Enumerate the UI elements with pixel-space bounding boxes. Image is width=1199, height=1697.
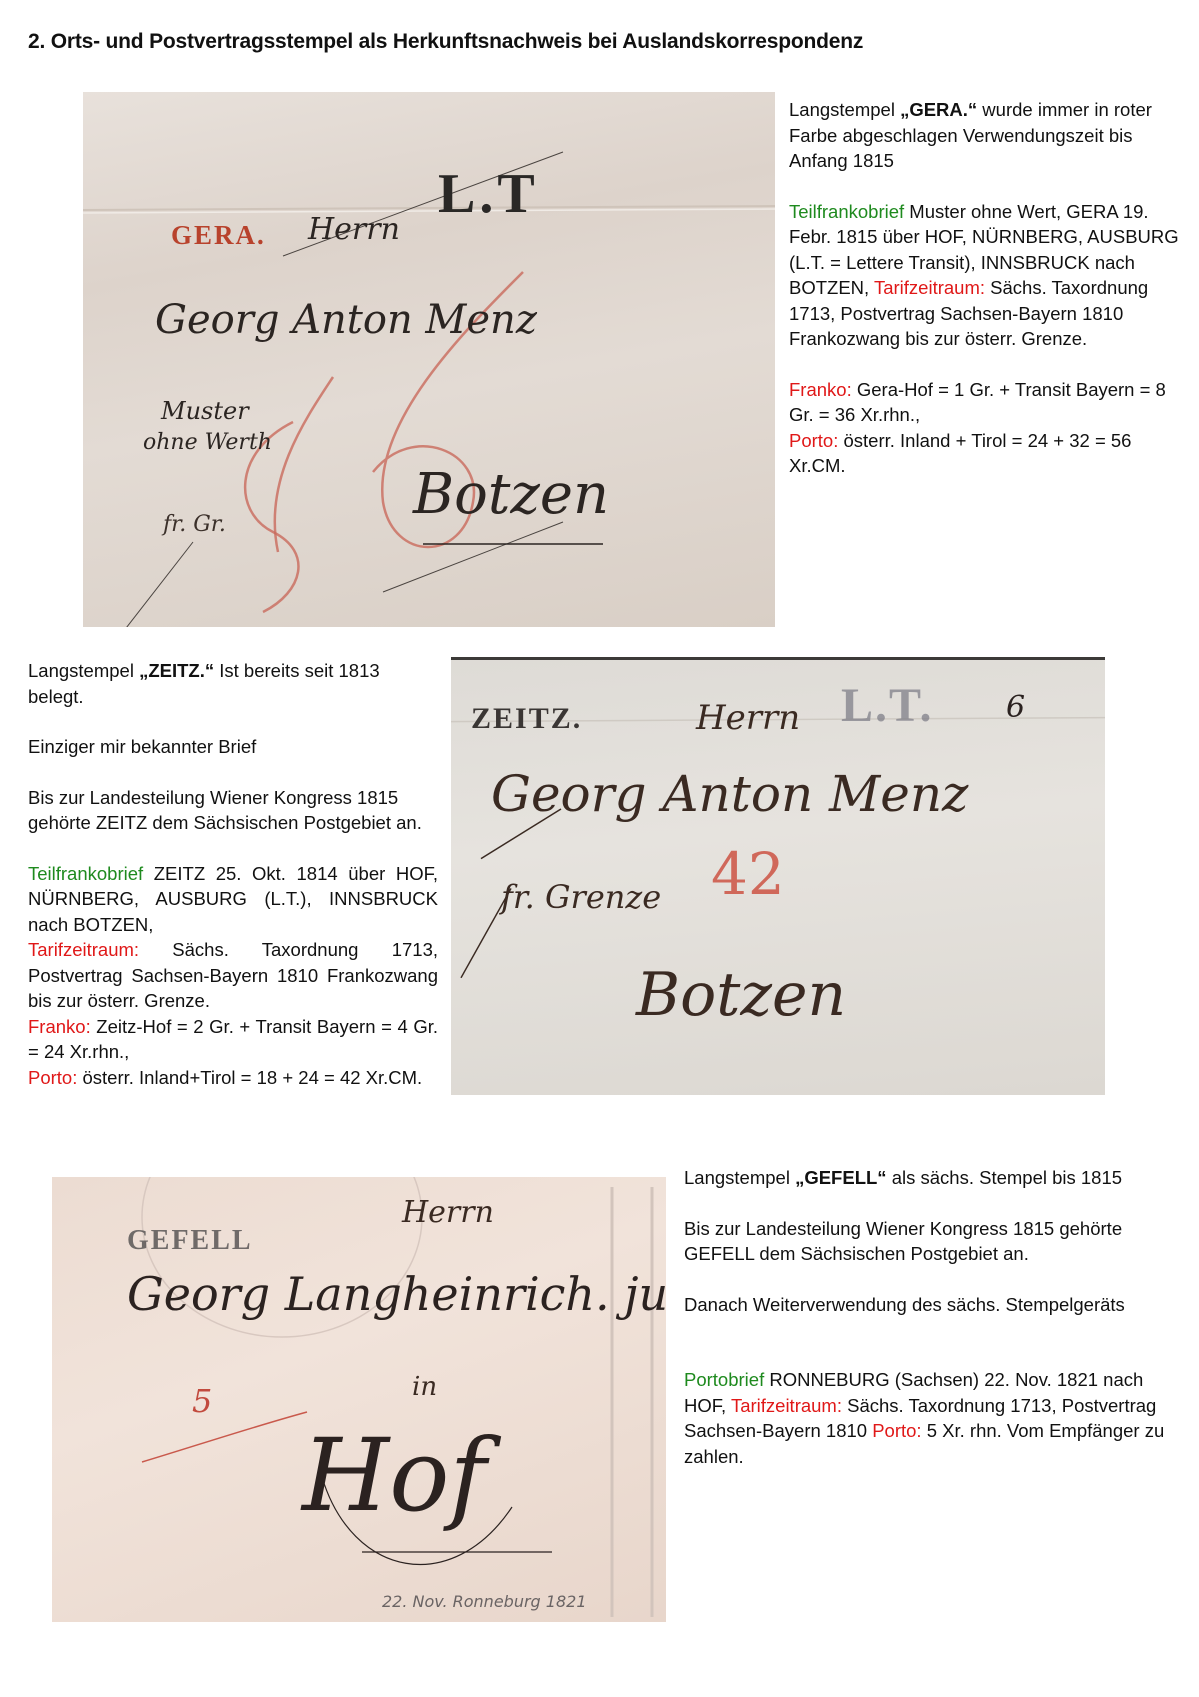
page-title: 2. Orts- und Postvertragsstempel als Her… [28, 30, 863, 54]
gefell-history: Bis zur Landesteilung Wiener Kongress 18… [684, 1216, 1189, 1267]
paper-folds-decoration [83, 92, 775, 627]
letter-type-label: Teilfrankobrief [28, 863, 143, 884]
destination-text: Hof [302, 1417, 486, 1534]
letter-type-label: Portobrief [684, 1369, 764, 1390]
intro-text: Langstempel [684, 1167, 795, 1188]
tarif-label: Tarifzeitraum: [874, 277, 985, 298]
zeitz-history: Bis zur Landesteilung Wiener Kongress 18… [28, 785, 438, 836]
porto-label: Porto: [789, 430, 838, 451]
zeitz-description: Langstempel „ZEITZ.“ Ist bereits seit 18… [28, 658, 438, 1090]
zeitz-intro: Langstempel „ZEITZ.“ Ist bereits seit 18… [28, 658, 438, 709]
lt-transit-mark: L.T. [841, 678, 933, 733]
porto-text: österr. Inland+Tirol = 18 + 24 = 42 Xr.C… [77, 1067, 422, 1088]
addressee-text: Georg Anton Menz [491, 765, 968, 823]
addressee-text: Georg Langheinrich. jun. [127, 1267, 666, 1321]
stamp-name: „GEFELL“ [795, 1167, 886, 1188]
note-line-3: fr. Gr. [163, 512, 226, 537]
zeitz-details: Teilfrankobrief ZEITZ 25. Okt. 1814 über… [28, 861, 438, 1091]
gera-details: Teilfrankobrief Muster ohne Wert, GERA 1… [789, 199, 1184, 352]
stamp-name: „ZEITZ.“ [139, 660, 214, 681]
zeitz-stamp: ZEITZ. [471, 702, 582, 736]
tax-mark: 5 [192, 1382, 212, 1420]
intro-text: Langstempel [789, 99, 900, 120]
gefell-details: Portobrief RONNEBURG (Sachsen) 22. Nov. … [684, 1367, 1189, 1469]
gera-intro: Langstempel „GERA.“ wurde immer in roter… [789, 97, 1184, 174]
gera-stamp: GERA. [171, 220, 266, 251]
salutation-text: Herrn [696, 698, 800, 738]
zeitz-unique-note: Einziger mir bekannter Brief [28, 734, 438, 760]
gefell-reuse: Danach Weiterverwendung des sächs. Stemp… [684, 1292, 1189, 1318]
porto-label: Porto: [872, 1420, 921, 1441]
pencil-note: 22. Nov. Ronneburg 1821 [382, 1592, 587, 1611]
tarif-label: Tarifzeitraum: [731, 1395, 842, 1416]
destination-text: Botzen [413, 462, 609, 527]
note-line-2: ohne Werth [143, 430, 272, 455]
destination-text: Botzen [636, 960, 846, 1030]
weight-mark: 6 [1006, 690, 1025, 725]
note-line-1: Muster [161, 397, 249, 425]
note-text: fr. Grenze [501, 878, 661, 916]
porto-text: österr. Inland + Tirol = 24 + 32 = 56 Xr… [789, 430, 1131, 477]
gefell-description: Langstempel „GEFELL“ als sächs. Stempel … [684, 1165, 1189, 1469]
lt-transit-mark: L.T [438, 162, 539, 226]
gera-description: Langstempel „GERA.“ wurde immer in roter… [789, 97, 1184, 479]
intro-text: Langstempel [28, 660, 139, 681]
salutation-text: Herrn [402, 1195, 494, 1230]
letter-type-label: Teilfrankobrief [789, 201, 904, 222]
franko-label: Franko: [28, 1016, 91, 1037]
franko-label: Franko: [789, 379, 852, 400]
in-word: in [412, 1372, 437, 1402]
letter-image-gefell: GEFELL Herrn Georg Langheinrich. jun. in… [52, 1177, 666, 1622]
gefell-stamp: GEFELL [127, 1225, 253, 1257]
letter-image-gera: GERA. L.T Herrn Georg Anton Menz Muster … [83, 92, 775, 627]
letter-image-zeitz: ZEITZ. L.T. 6 Herrn Georg Anton Menz fr.… [451, 657, 1105, 1095]
tarif-label: Tarifzeitraum: [28, 939, 139, 960]
stamp-name: „GERA.“ [900, 99, 977, 120]
gera-fees: Franko: Gera-Hof = 1 Gr. + Transit Bayer… [789, 377, 1184, 479]
gefell-intro: Langstempel „GEFELL“ als sächs. Stempel … [684, 1165, 1189, 1191]
intro-text-cont: als sächs. Stempel bis 1815 [887, 1167, 1123, 1188]
porto-label: Porto: [28, 1067, 77, 1088]
addressee-text: Georg Anton Menz [155, 297, 537, 343]
salutation-text: Herrn [308, 212, 400, 247]
tax-mark: 42 [711, 840, 785, 908]
